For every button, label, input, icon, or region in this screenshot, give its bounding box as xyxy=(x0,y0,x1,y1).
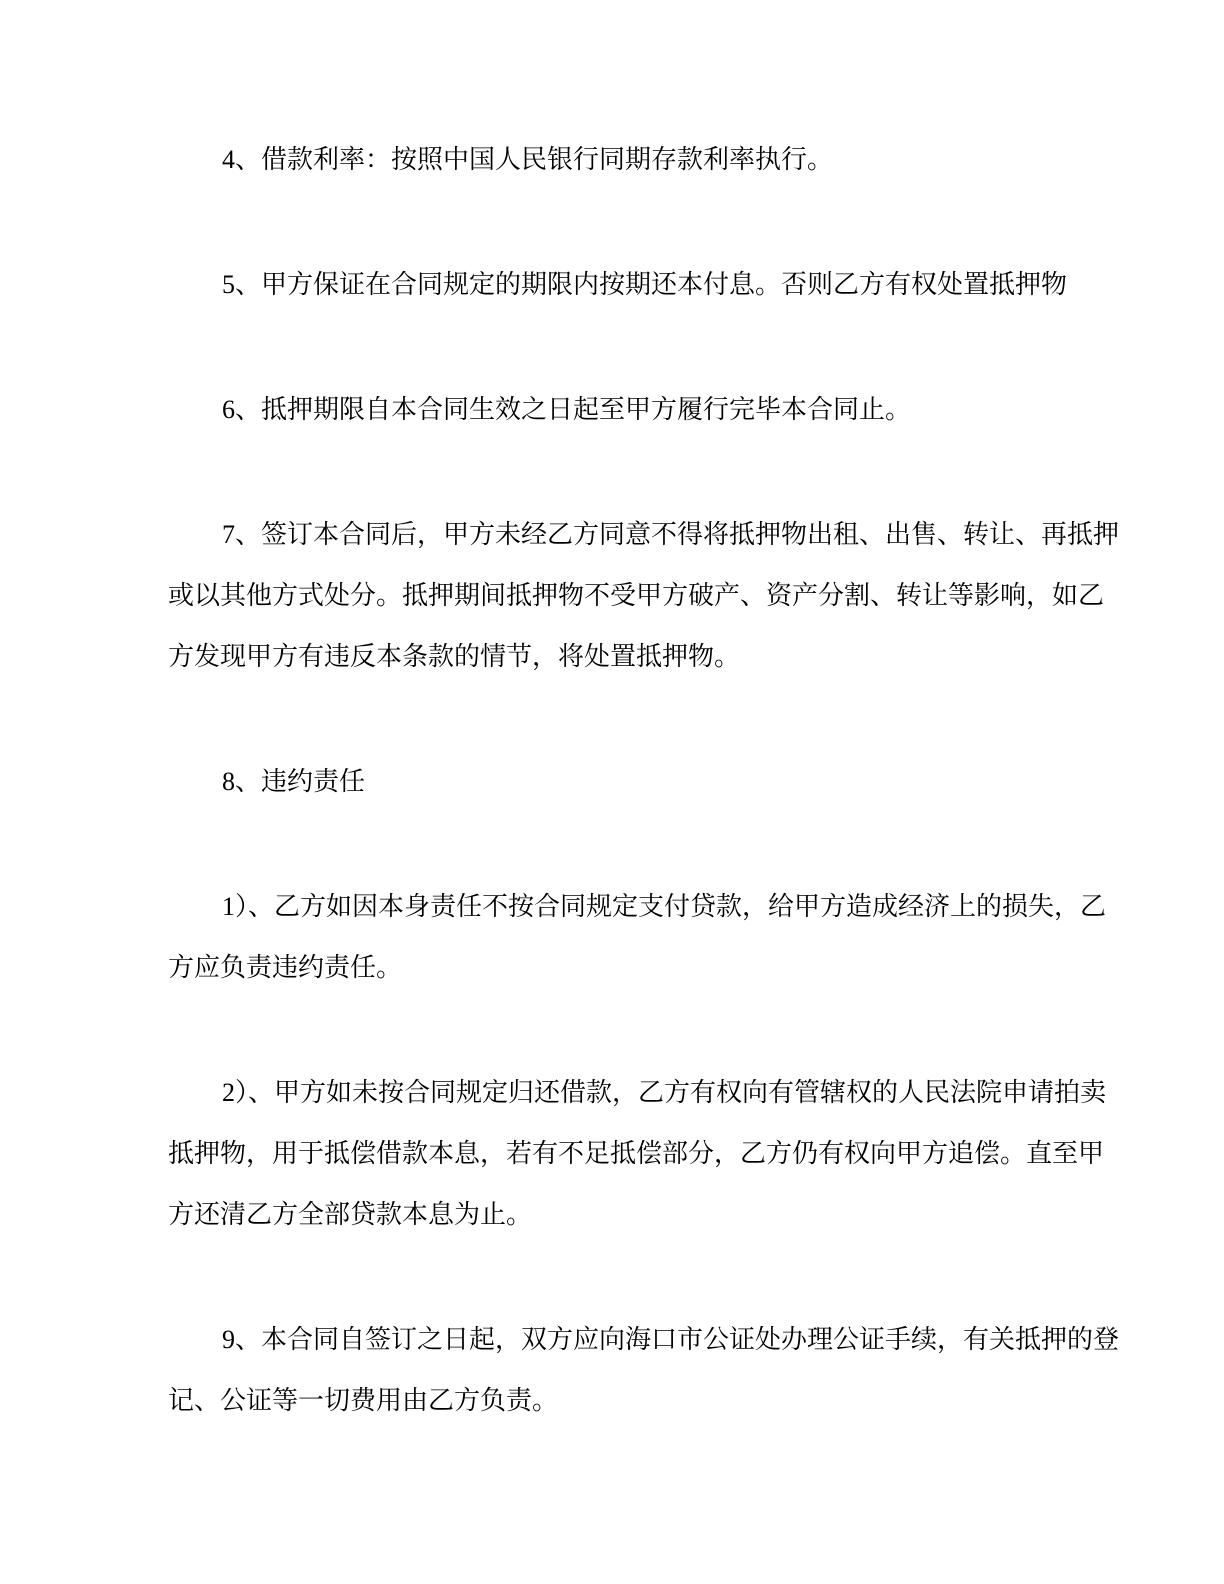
paragraph-line: 6、抵押期限自本合同生效之日起至甲方履行完毕本合同止。 xyxy=(168,379,1104,440)
paragraph-line: 记、公证等一切费用由乙方负责。 xyxy=(168,1370,1104,1431)
paragraph-line: 抵押物，用于抵偿借款本息，若有不足抵偿部分，乙方仍有权向甲方追偿。直至甲 xyxy=(168,1123,1104,1184)
paragraph-clause-8: 8、违约责任 xyxy=(168,751,1104,812)
paragraph-line: 或以其他方式处分。抵押期间抵押物不受甲方破产、资产分割、转让等影响，如乙 xyxy=(168,565,1104,626)
paragraph-line: 8、违约责任 xyxy=(168,751,1104,812)
paragraph-clause-7: 7、签订本合同后，甲方未经乙方同意不得将抵押物出租、出售、转让、再抵押 或以其他… xyxy=(168,504,1104,687)
paragraph-line: 4、借款利率：按照中国人民银行同期存款利率执行。 xyxy=(168,129,1104,190)
paragraph-clause-6: 6、抵押期限自本合同生效之日起至甲方履行完毕本合同止。 xyxy=(168,379,1104,440)
paragraph-line: 9、本合同自签订之日起，双方应向海口市公证处办理公证手续，有关抵押的登 xyxy=(168,1309,1104,1370)
paragraph-line: 方发现甲方有违反本条款的情节，将处置抵押物。 xyxy=(168,626,1104,687)
paragraph-line: 方应负责违约责任。 xyxy=(168,937,1104,998)
document-page: 4、借款利率：按照中国人民银行同期存款利率执行。 5、甲方保证在合同规定的期限内… xyxy=(0,0,1224,1584)
paragraph-clause-4: 4、借款利率：按照中国人民银行同期存款利率执行。 xyxy=(168,129,1104,190)
paragraph-clause-8-item-2: 2）、甲方如未按合同规定归还借款，乙方有权向有管辖权的人民法院申请拍卖 抵押物，… xyxy=(168,1062,1104,1245)
paragraph-line: 2）、甲方如未按合同规定归还借款，乙方有权向有管辖权的人民法院申请拍卖 xyxy=(168,1062,1104,1123)
paragraph-line: 5、甲方保证在合同规定的期限内按期还本付息。否则乙方有权处置抵押物 xyxy=(168,254,1104,315)
paragraph-line: 7、签订本合同后，甲方未经乙方同意不得将抵押物出租、出售、转让、再抵押 xyxy=(168,504,1104,565)
paragraph-clause-9: 9、本合同自签订之日起，双方应向海口市公证处办理公证手续，有关抵押的登 记、公证… xyxy=(168,1309,1104,1431)
paragraph-clause-5: 5、甲方保证在合同规定的期限内按期还本付息。否则乙方有权处置抵押物 xyxy=(168,254,1104,315)
paragraph-line: 1）、乙方如因本身责任不按合同规定支付贷款，给甲方造成经济上的损失，乙 xyxy=(168,876,1104,937)
paragraph-line: 方还清乙方全部贷款本息为止。 xyxy=(168,1184,1104,1245)
paragraph-clause-8-item-1: 1）、乙方如因本身责任不按合同规定支付贷款，给甲方造成经济上的损失，乙 方应负责… xyxy=(168,876,1104,998)
